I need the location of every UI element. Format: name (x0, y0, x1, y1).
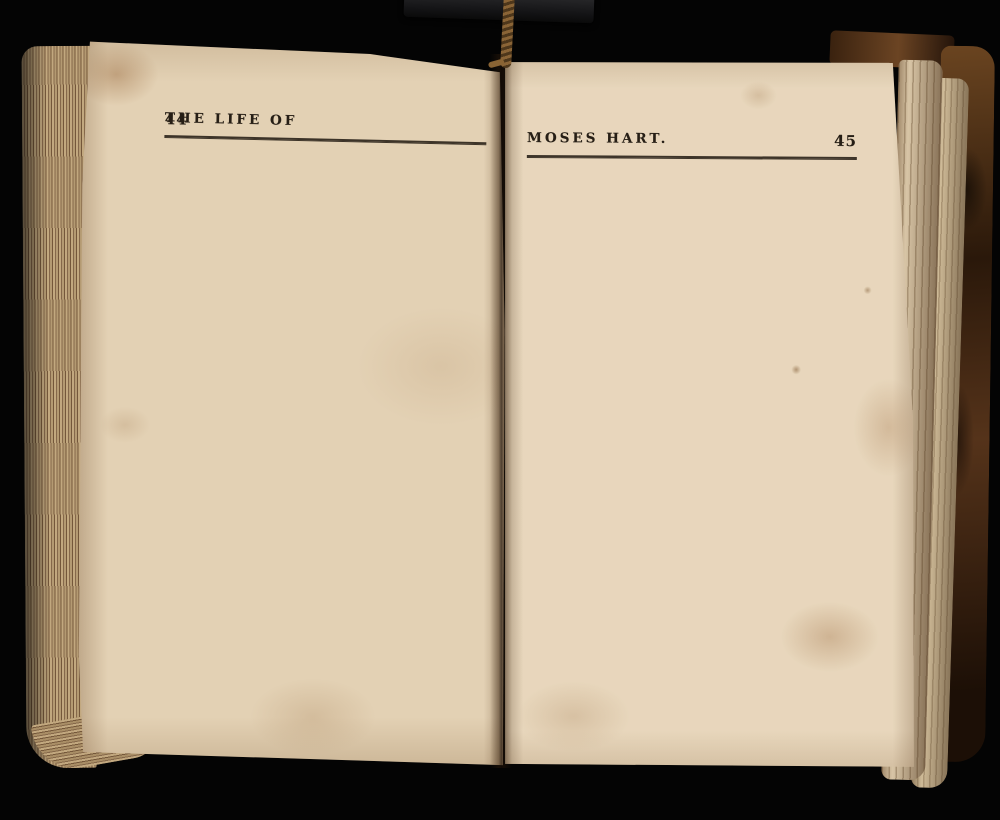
right-running-head: MOSES HART. (527, 130, 669, 147)
bookmark-cord (500, 0, 515, 68)
photo-background: 44 THE LIFE OF two guineas; he made sure… (0, 0, 1000, 820)
left-page: 44 THE LIFE OF two guineas; he made sure… (78, 38, 505, 768)
left-running-head: THE LIFE OF (165, 110, 298, 129)
left-page-header: 44 THE LIFE OF (165, 110, 487, 139)
left-page-content: 44 THE LIFE OF two guineas; he made sure… (164, 110, 487, 168)
right-page-header: MOSES HART. 45 (527, 130, 857, 154)
right-page: MOSES HART. 45 have been reduced to that… (498, 52, 918, 774)
header-rule-right (527, 155, 857, 160)
right-page-number: 45 (834, 132, 857, 150)
book-gutter (490, 54, 512, 768)
book-spine-top (404, 0, 595, 23)
right-page-lines: have been reduced to that extreme a many… (527, 169, 857, 171)
left-page-lines: two guineas; he made sure of the moneybe… (164, 161, 486, 168)
right-page-content: MOSES HART. 45 have been reduced to that… (527, 130, 857, 171)
